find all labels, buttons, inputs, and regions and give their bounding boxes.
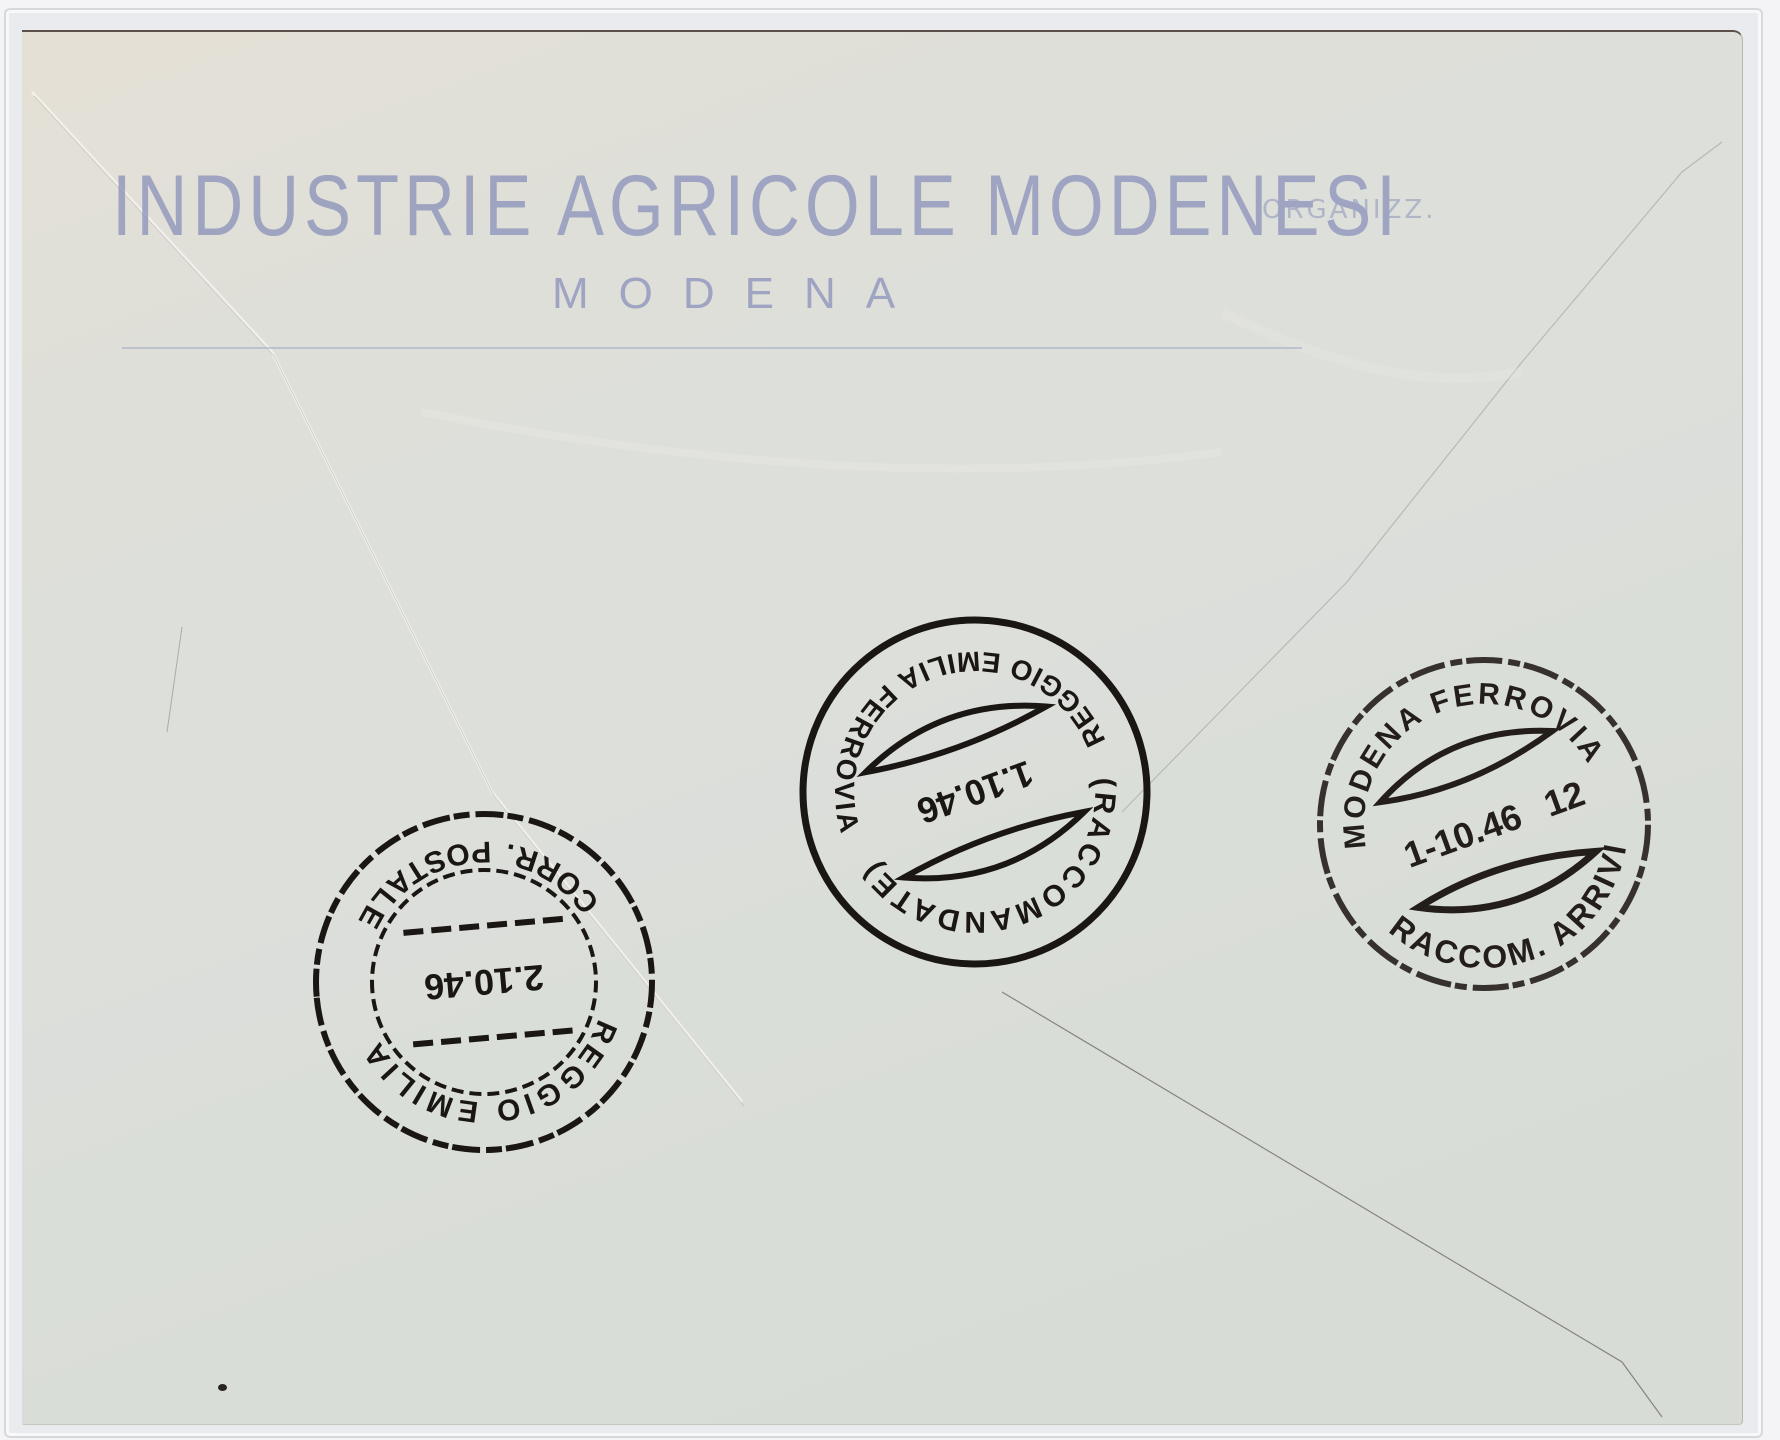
postmark-reggio-emilia-ferrovia: (RACCOMANDATE) REGGIO EMILIA FERROVIA 1.… xyxy=(770,592,1180,992)
postmark-modena-ferrovia: MODENA FERROVIA RACCOM. ARRIVI 1-10.46 1… xyxy=(1284,644,1684,1004)
svg-text:2.10.46: 2.10.46 xyxy=(422,957,545,1008)
postmark-reggio-emilia: REGGIO EMILIA CORR. POSTALE 2.10.46 xyxy=(284,782,684,1182)
svg-text:1.10.46: 1.10.46 xyxy=(912,753,1039,833)
letterhead: INDUSTRIE AGRICOLE MODENESI ORGANIZZ. MO… xyxy=(112,157,1572,256)
svg-text:CORR. POSTALE: CORR. POSTALE xyxy=(343,824,607,940)
envelope-back: INDUSTRIE AGRICOLE MODENESI ORGANIZZ. MO… xyxy=(22,30,1743,1425)
letterhead-rule xyxy=(122,347,1302,349)
svg-text:12: 12 xyxy=(1538,772,1590,824)
letterhead-company-name: INDUSTRIE AGRICOLE MODENESI xyxy=(112,157,1309,256)
letterhead-small-text: ORGANIZZ. xyxy=(1262,195,1436,225)
ink-spot xyxy=(218,1384,227,1391)
svg-text:REGGIO EMILIA: REGGIO EMILIA xyxy=(354,1013,631,1140)
letterhead-city: MODENA xyxy=(552,269,925,319)
